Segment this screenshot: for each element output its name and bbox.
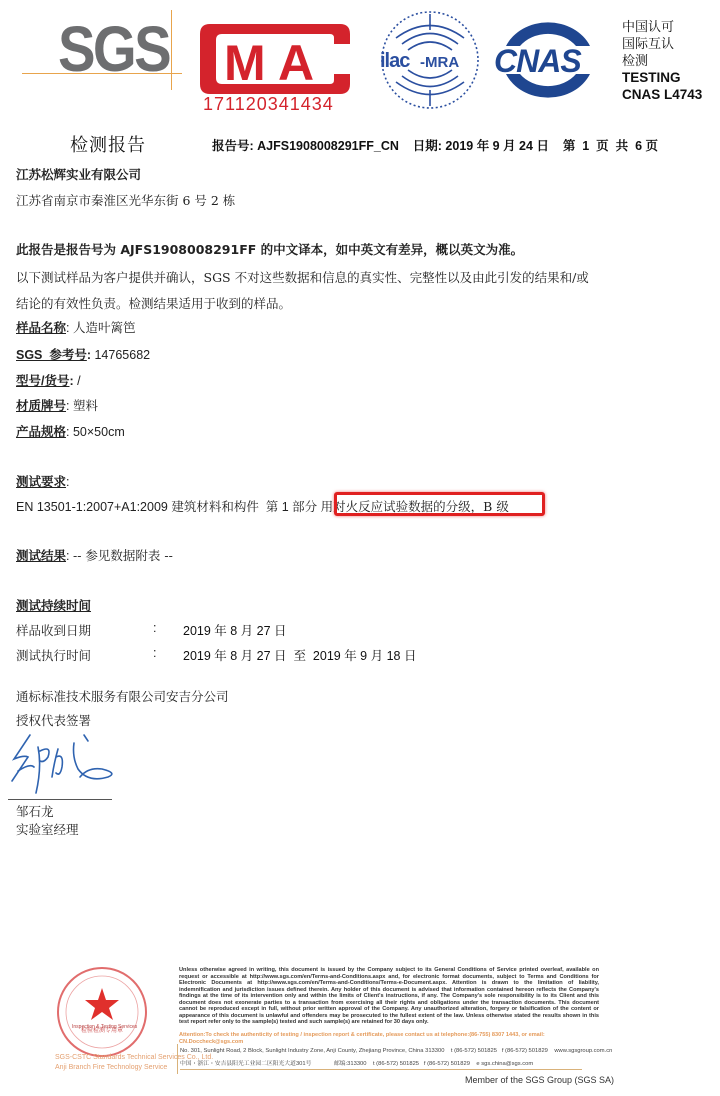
accreditation-line: 中国认可: [622, 18, 702, 35]
ilac-mra-logo: ilac -MRA: [376, 8, 484, 113]
accreditation-line: TESTING: [622, 69, 702, 86]
field-label: 型号/货号: [16, 374, 69, 388]
signature-image: [8, 733, 116, 795]
sgs-logo: SGS: [20, 8, 182, 90]
field-value: 塑料: [73, 398, 98, 413]
disclaimer-line-1: 以下测试样品为客户提供并确认，SGS 不对这些数据和信息的真实性、完整性以及由此…: [16, 268, 589, 286]
authorized-signatory-label: 授权代表签署: [16, 711, 91, 729]
field-label: 材质牌号: [16, 399, 66, 413]
field-value: 14765682: [94, 348, 150, 362]
signer-title: 实验室经理: [16, 820, 79, 838]
client-name: 江苏松辉实业有限公司: [16, 165, 141, 183]
field-label: 样品名称: [16, 321, 66, 335]
section-label: 测试结果: [16, 549, 66, 563]
address-chinese: 中国・浙江・安吉县阳光工业园二区阳光大道301号 邮编:313300 t (86…: [180, 1058, 533, 1067]
duration-label: 样品收到日期: [16, 621, 91, 639]
signer-name: 邹石龙: [16, 802, 54, 820]
sample-field-model: 型号/货号: /: [16, 371, 81, 389]
svg-text:-MRA: -MRA: [420, 54, 459, 71]
address-english: No. 301, Sunlight Road, 2 Block, Sunligh…: [180, 1048, 612, 1054]
field-label: SGS 参考号: [16, 348, 87, 362]
section-label: 测试要求: [16, 475, 66, 489]
footer-divider: [177, 1044, 178, 1074]
accreditation-block: 中国认可 国际互认 检测 TESTING CNAS L4743: [622, 18, 702, 103]
accreditation-line: 检测: [622, 52, 702, 69]
test-requirement-heading: 测试要求:: [16, 472, 70, 490]
report-meta: 报告号: AJFS1908008291FF_CN 日期: 2019 年 9 月 …: [212, 136, 658, 154]
svg-text:A: A: [278, 35, 314, 91]
field-value: /: [77, 374, 80, 388]
svg-text:M: M: [224, 35, 266, 91]
report-title-row: 检测报告 报告号: AJFS1908008291FF_CN 日期: 2019 年…: [0, 131, 720, 157]
result-value: -- 参见数据附表 --: [73, 548, 173, 563]
legal-disclaimer: Unless otherwise agreed in writing, this…: [179, 967, 599, 1026]
sgs-logo-text: SGS: [58, 12, 169, 86]
seal-inner-text: Inspection & Testing Services: [72, 1024, 137, 1030]
issuing-organization: 通标标准技术服务有限公司安吉分公司: [16, 687, 229, 705]
svg-text:ilac: ilac: [380, 50, 410, 72]
duration-colon: :: [153, 646, 156, 660]
page-title: 检测报告: [70, 131, 146, 157]
duration-label: 测试执行时间: [16, 646, 91, 664]
sample-field-spec: 产品规格: 50×50cm: [16, 422, 125, 440]
duration-value: 2019 年 8 月 27 日: [183, 621, 287, 639]
duration-value: 2019 年 8 月 27 日 至 2019 年 9 月 18 日: [183, 646, 416, 664]
duration-colon: :: [153, 621, 156, 635]
svg-text:CNAS: CNAS: [494, 43, 582, 79]
sgs-logo-vrule: [171, 10, 172, 90]
sample-field-sgs-ref: SGS 参考号: 14765682: [16, 345, 150, 363]
field-value: 50×50cm: [73, 425, 125, 439]
accreditation-line: 国际互认: [622, 35, 702, 52]
translation-note: 此报告是报告号为 AJFS1908008291FF 的中文译本，如中英文有差异，…: [16, 240, 523, 258]
disclaimer-line-2: 结论的有效性负责。检测结果适用于收到的样品。: [16, 294, 291, 312]
footer-rule: [180, 1069, 582, 1070]
field-value: 人造叶篱笆: [73, 320, 136, 335]
test-result: 测试结果: -- 参见数据附表 --: [16, 546, 173, 564]
sample-field-name: 样品名称: 人造叶篱笆: [16, 318, 135, 336]
sgs-logo-rule: [22, 73, 182, 74]
section-label: 测试持续时间: [16, 599, 91, 613]
cnas-logo: CNAS: [492, 12, 604, 107]
accreditation-code: CNAS L4743: [622, 86, 702, 103]
highlight-box: [334, 492, 545, 516]
signature-line: [8, 799, 112, 800]
field-label: 产品规格: [16, 425, 66, 439]
cma-number: 171120341434: [203, 94, 353, 115]
test-duration-heading: 测试持续时间: [16, 596, 91, 614]
sgs-group-membership: Member of the SGS Group (SGS SA): [465, 1075, 614, 1085]
authenticity-notice: Attention:To check the authenticity of t…: [179, 1032, 599, 1045]
client-address: 江苏省南京市秦淮区光华东街 6 号 2 栋: [16, 191, 235, 209]
standard-text: EN 13501-1:2007+A1:2009 建筑材料和构件 第 1 部分: [16, 500, 321, 514]
sample-field-material: 材质牌号: 塑料: [16, 396, 98, 414]
